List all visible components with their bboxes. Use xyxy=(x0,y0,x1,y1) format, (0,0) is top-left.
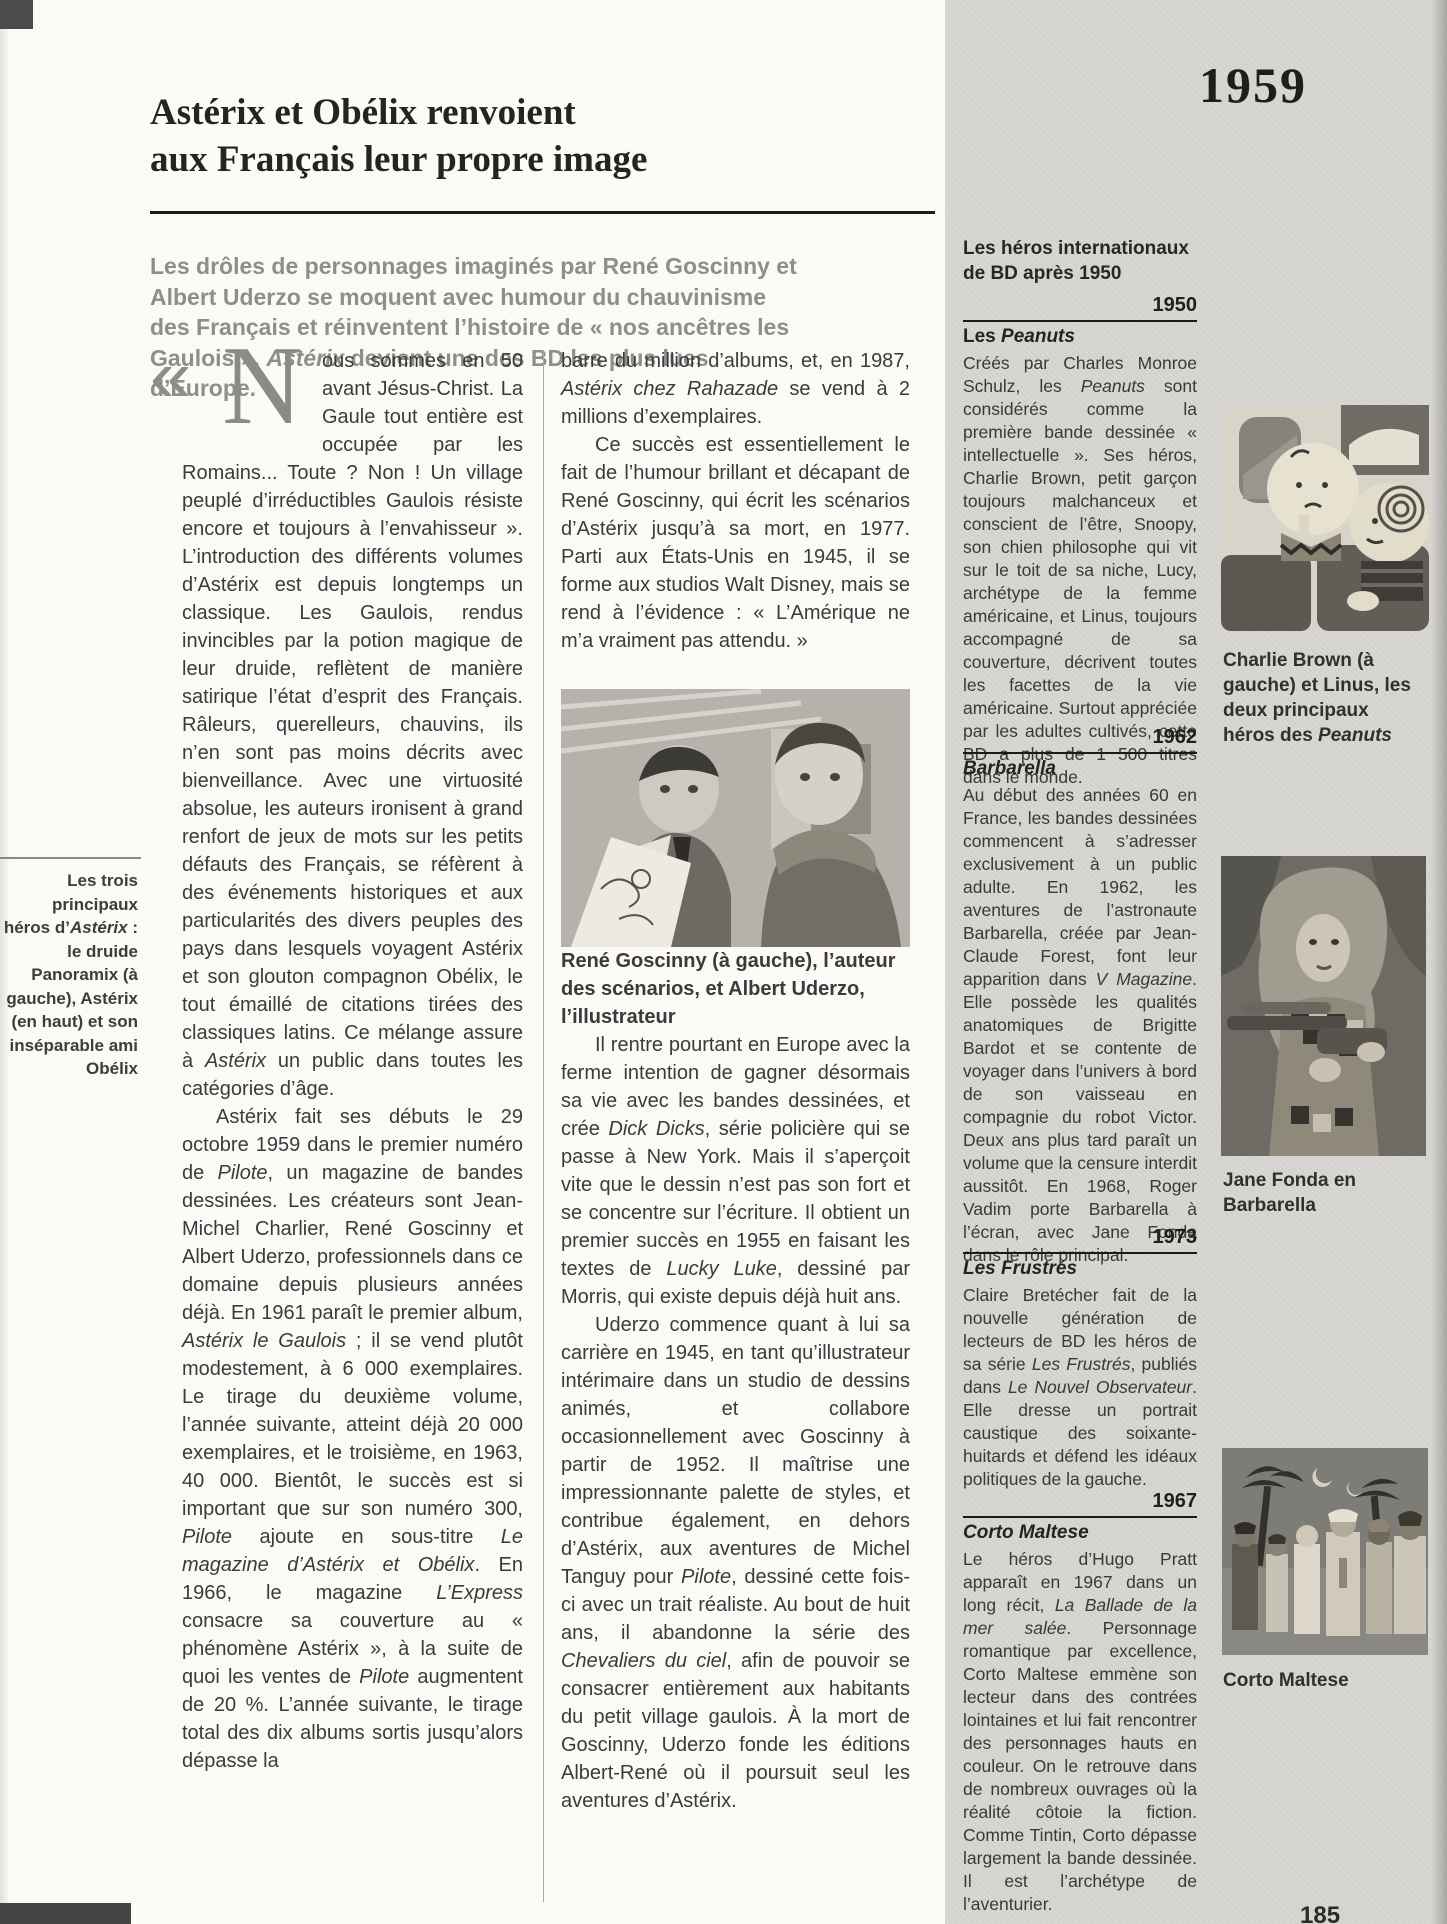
column-divider-rule xyxy=(543,350,544,1902)
sidebar-heading: Les héros internationauxde BD après 1950 xyxy=(963,236,1203,286)
dropcap-group: «N xyxy=(150,347,322,433)
article-paragraph-6: Uderzo commence quant à lui sa carrière … xyxy=(561,1311,910,1815)
article-paragraph-3: barre du million d’albums, et, en 1987, … xyxy=(561,347,910,431)
article-paragraph-1: «Nous sommes en 50 avant Jésus-Christ. L… xyxy=(182,347,523,1103)
timeline-section-title: Les Frustrés xyxy=(963,1258,1197,1280)
sidebar-heading-line1: Les héros internationaux xyxy=(963,238,1189,259)
timeline-year-label: 1967 xyxy=(963,1490,1197,1518)
article-column-middle: barre du million d’albums, et, en 1987, … xyxy=(561,347,910,1815)
goscinny-uderzo-photo xyxy=(561,689,910,947)
timeline-section-text: Au début des années 60 en France, les ba… xyxy=(963,784,1197,1267)
corner-mark-bottom-left xyxy=(0,1903,131,1924)
corto-maltese-image xyxy=(1222,1448,1428,1655)
goscinny-uderzo-photo-caption: René Goscinny (à gauche), l’auteur des s… xyxy=(561,947,910,1031)
article-paragraph-5: Il rentre pourtant en Europe avec la fer… xyxy=(561,1031,910,1311)
timeline-section-text: Claire Bretécher fait de la nouvelle gén… xyxy=(963,1284,1197,1491)
book-page: Astérix et Obélix renvoientaux Français … xyxy=(0,0,1447,1924)
title-divider-rule xyxy=(150,211,935,214)
timeline-section-1973: 1973 Les Frustrés Claire Bretécher fait … xyxy=(963,1226,1197,1491)
charlie-brown-linus-caption: Charlie Brown (à gauche) et Linus, les d… xyxy=(1223,648,1413,748)
opening-guillemet: « xyxy=(150,333,191,419)
article-paragraph-4: Ce succès est essentiellement le fait de… xyxy=(561,431,910,655)
margin-caption-rule xyxy=(0,857,141,859)
page-title: Astérix et Obélix renvoientaux Français … xyxy=(150,89,790,183)
charlie-brown-linus-image xyxy=(1221,405,1429,631)
timeline-section-title: Les Peanuts xyxy=(963,326,1197,348)
article-paragraph-2: Astérix fait ses débuts le 29 octobre 19… xyxy=(182,1103,523,1775)
page-number: 185 xyxy=(1300,1902,1340,1924)
jane-fonda-barbarella-image xyxy=(1221,856,1426,1156)
chronicle-year: 1959 xyxy=(1199,56,1307,114)
timeline-year-label: 1950 xyxy=(963,294,1197,322)
corner-mark-top-left xyxy=(0,0,33,29)
timeline-year-label: 1973 xyxy=(963,1226,1197,1254)
page-title-line1: Astérix et Obélix renvoient xyxy=(150,92,576,133)
page-title-line2: aux Français leur propre image xyxy=(150,139,647,180)
timeline-section-title: Barbarella xyxy=(963,758,1197,780)
timeline-section-text: Le héros d’Hugo Pratt apparaît en 1967 d… xyxy=(963,1548,1197,1916)
timeline-section-title: Corto Maltese xyxy=(963,1522,1197,1544)
jane-fonda-barbarella-caption: Jane Fonda en Barbarella xyxy=(1223,1168,1413,1218)
article-column-left: «Nous sommes en 50 avant Jésus-Christ. L… xyxy=(182,347,523,1775)
timeline-section-1950: 1950 Les Peanuts Créés par Charles Monro… xyxy=(963,294,1197,789)
timeline-section-1967: 1967 Corto Maltese Le héros d’Hugo Pratt… xyxy=(963,1490,1197,1916)
timeline-section-text: Créés par Charles Monroe Schulz, les Pea… xyxy=(963,352,1197,789)
timeline-section-1962: 1962 Barbarella Au début des années 60 e… xyxy=(963,726,1197,1267)
page-right-edge-shade xyxy=(1431,0,1447,1924)
asterix-margin-caption: Les trois principaux héros d’Astérix : l… xyxy=(2,869,138,1081)
dropcap-letter: N xyxy=(222,339,303,433)
article-paragraph-1-text: ous sommes en 50 avant Jésus-Christ. La … xyxy=(182,350,523,1100)
sidebar-heading-line2: de BD après 1950 xyxy=(963,263,1121,284)
timeline-year-label: 1962 xyxy=(963,726,1197,754)
corto-maltese-caption: Corto Maltese xyxy=(1223,1668,1413,1693)
